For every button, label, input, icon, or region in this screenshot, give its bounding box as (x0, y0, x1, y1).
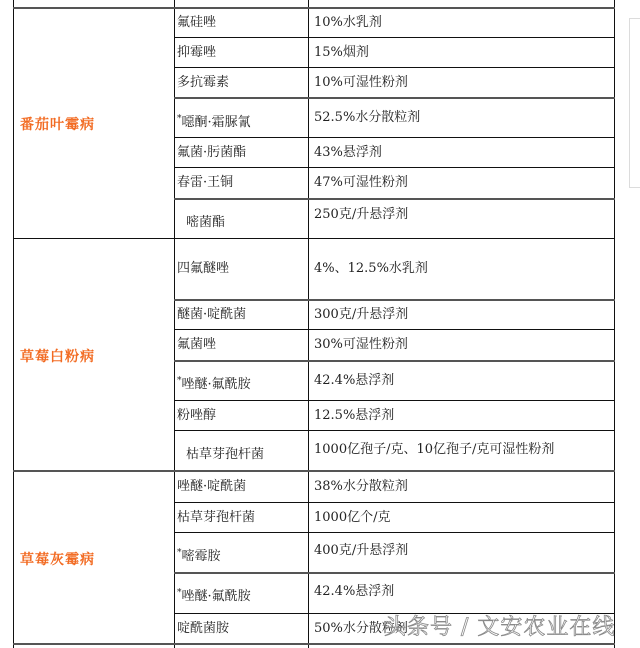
pesticide-name: *嘧霉胺 (177, 540, 305, 574)
formulation: 42.4%悬浮剂 (314, 362, 614, 400)
pesticide-name: 枯草芽孢杆菌 (186, 440, 314, 470)
pesticide-name: *噁酮·霜脲氰 (177, 106, 305, 140)
formulation: 10%水乳剂 (314, 8, 614, 37)
formulation: 1000亿孢子/克、10亿孢子/克可湿性粉剂 (314, 434, 614, 466)
pesticide-name: 唑醚·啶酰菌 (177, 472, 305, 502)
table-border-left (13, 0, 14, 648)
star-marker: * (177, 545, 182, 561)
pesticide-name: 粉唑醇 (177, 401, 305, 430)
star-marker: * (177, 373, 182, 389)
pesticide-name: 嘧菌酯 (186, 208, 314, 238)
disease-label: 草莓灰霉病 (20, 549, 95, 569)
formulation: 300克/升悬浮剂 (314, 301, 614, 329)
formulation: 400克/升悬浮剂 (314, 533, 614, 569)
formulation: 38%水分散粒剂 (314, 472, 614, 502)
formulation: 43%悬浮剂 (314, 138, 614, 167)
pesticide-name: 抑霉唑 (177, 38, 305, 67)
formulation: 52.5%水分散粒剂 (314, 99, 614, 137)
pesticide-name: 氟菌唑 (177, 330, 305, 360)
formulation: 10%可湿性粉剂 (314, 68, 614, 97)
watermark: 头条号 / 文安农业在线 (384, 610, 615, 641)
star-marker: * (177, 111, 182, 127)
group-divider (13, 643, 615, 645)
formulation: 1000亿个/克 (314, 503, 614, 532)
pesticide-name: *唑醚·氟酰胺 (177, 368, 305, 402)
pesticide-name: 枯草芽孢杆菌 (177, 503, 305, 532)
formulation: 30%可湿性粉剂 (314, 330, 614, 360)
formulation: 12.5%悬浮剂 (314, 401, 614, 430)
side-bracket (629, 18, 640, 188)
formulation: 250克/升悬浮剂 (314, 200, 614, 230)
pesticide-name: 氟硅唑 (177, 8, 305, 37)
formulation: 4%、12.5%水乳剂 (314, 239, 614, 299)
star-marker: * (177, 585, 182, 601)
pesticide-name: 啶酰菌胺 (177, 614, 305, 643)
pesticide-name: *唑醚·氟酰胺 (177, 580, 305, 614)
pesticide-name: 四氟醚唑 (177, 239, 305, 299)
pesticide-name: 醚菌·啶酰菌 (177, 301, 305, 329)
pesticide-name: 春雷·王铜 (177, 168, 305, 198)
row-divider (174, 430, 615, 431)
formulation: 47%可湿性粉剂 (314, 168, 614, 198)
pesticide-name: 氟菌·肟菌酯 (177, 138, 305, 167)
formulation: 15%烟剂 (314, 38, 614, 67)
pesticide-name: 多抗霉素 (177, 68, 305, 97)
disease-label: 草莓白粉病 (20, 346, 95, 366)
disease-label: 番茄叶霉病 (20, 114, 95, 134)
formulation: 42.4%悬浮剂 (314, 574, 614, 610)
